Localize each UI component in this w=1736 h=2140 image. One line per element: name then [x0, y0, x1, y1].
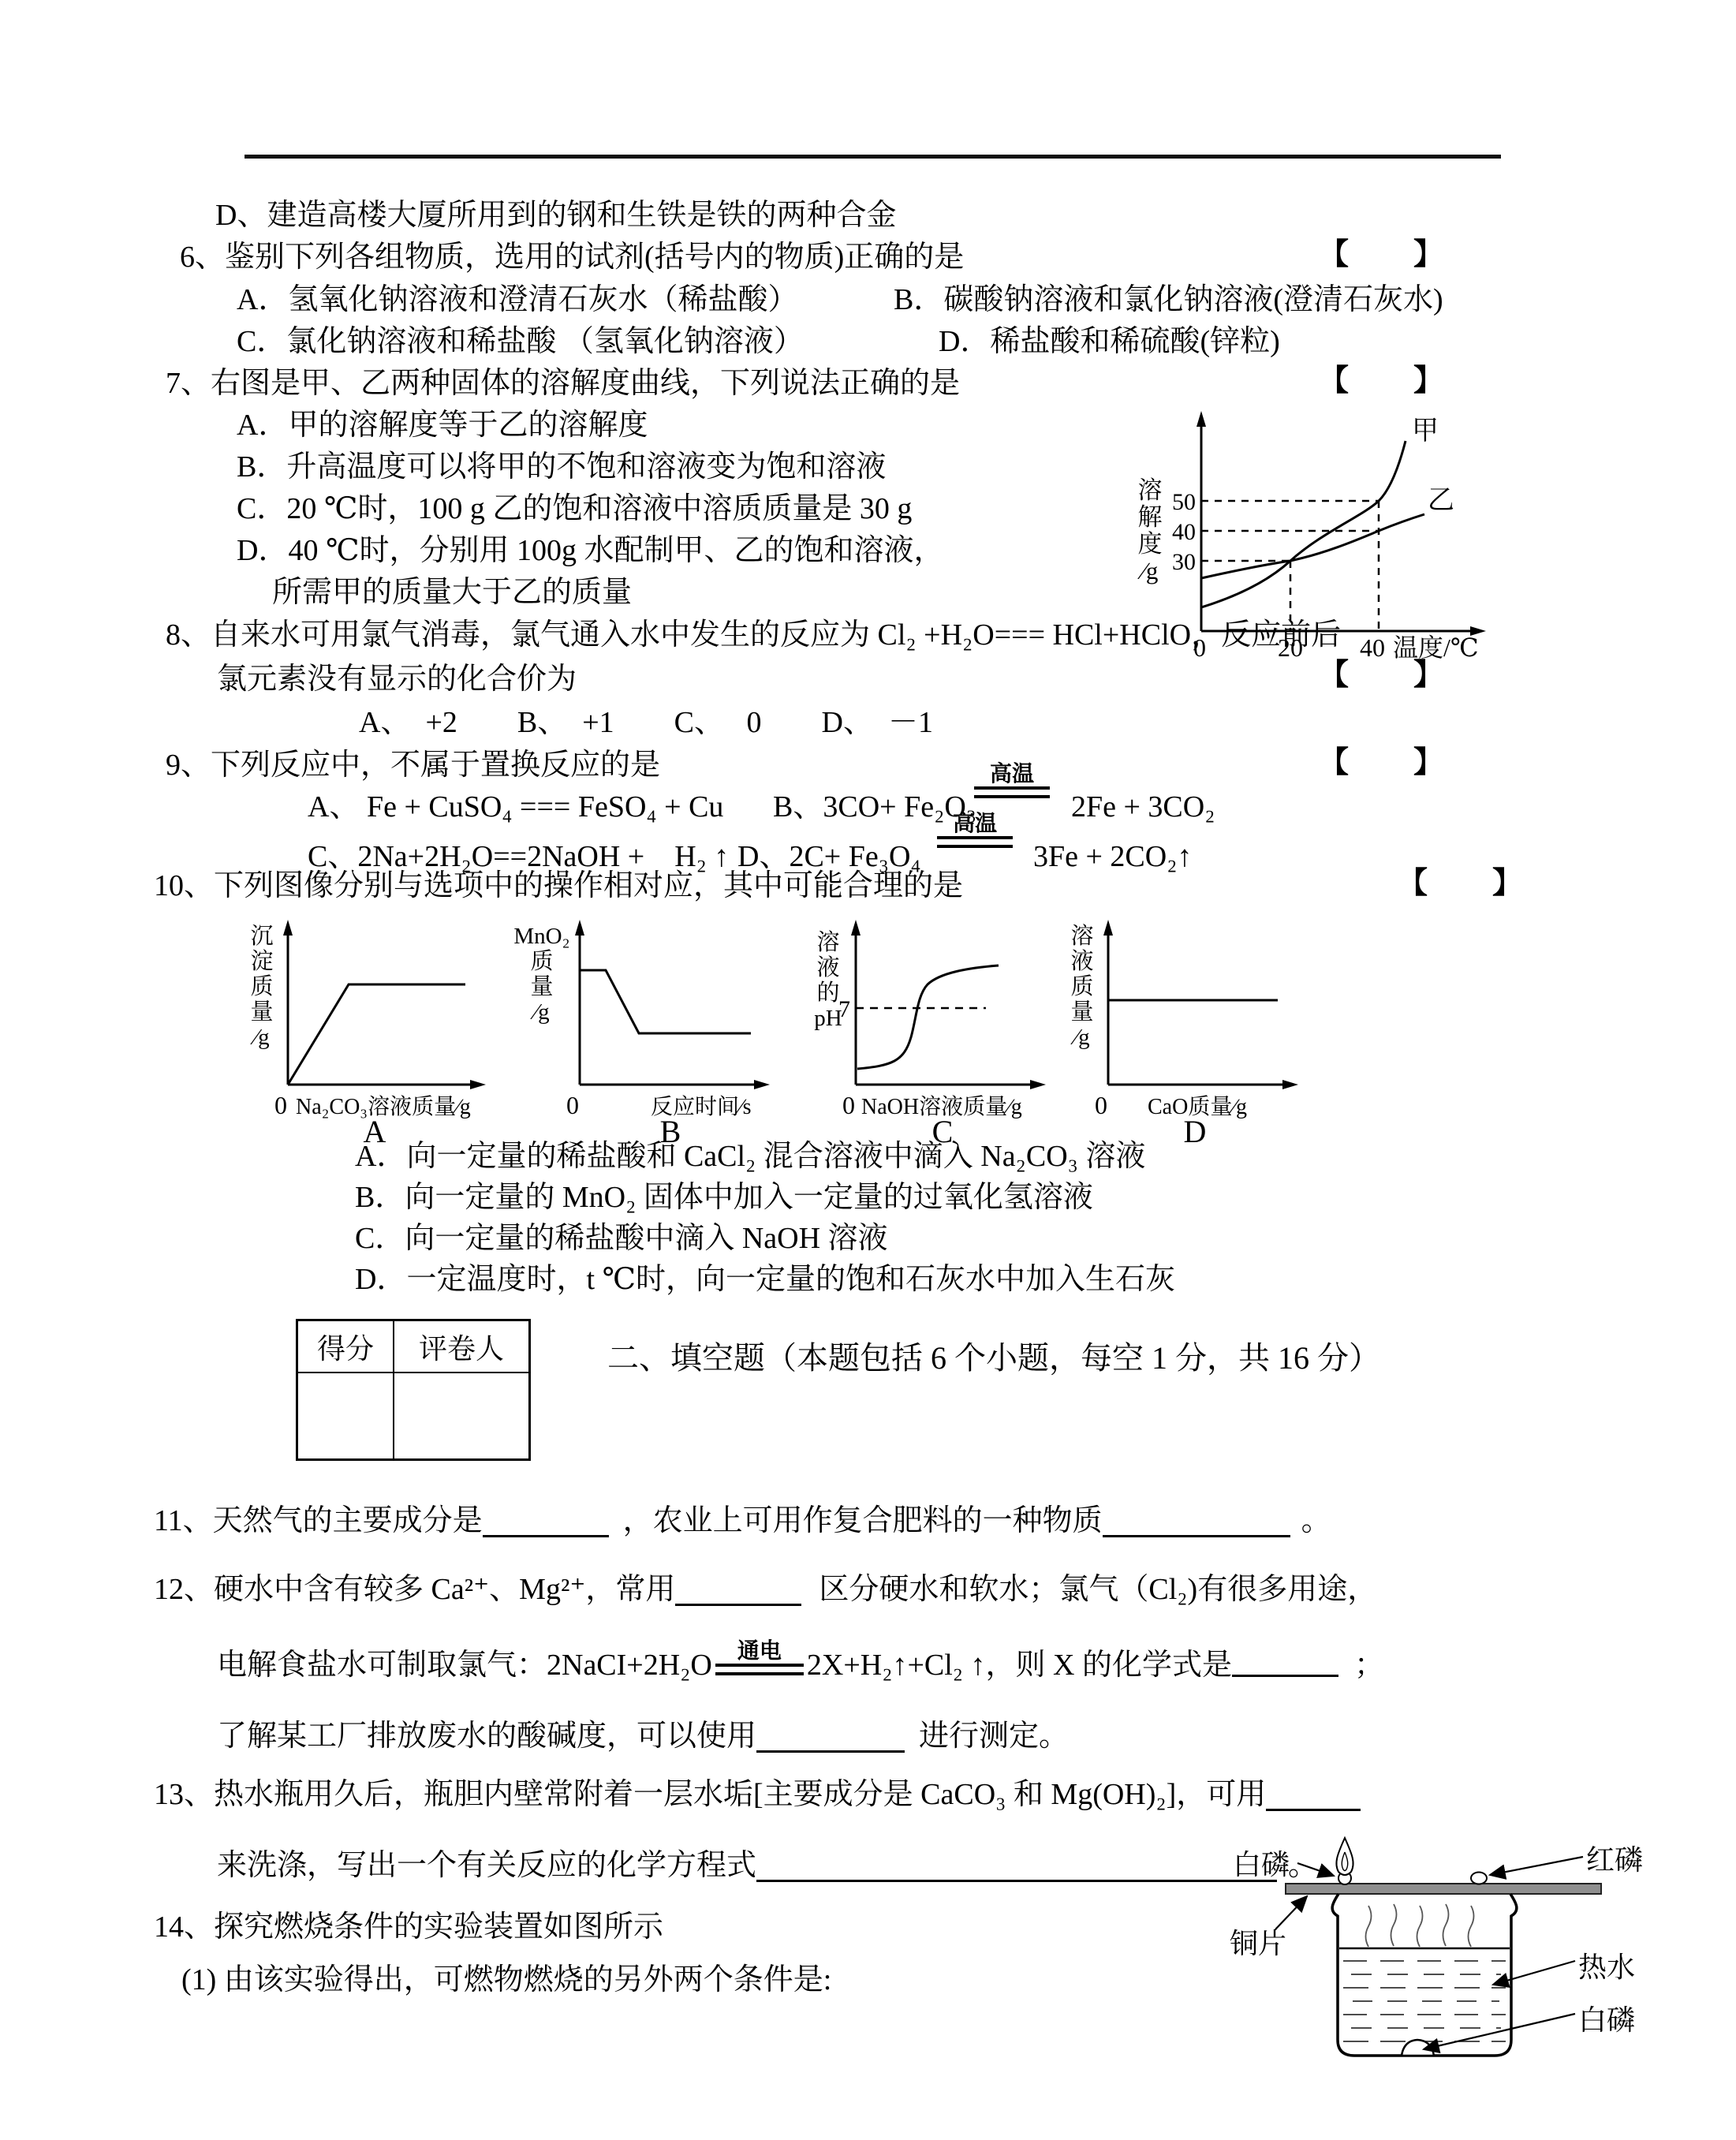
- graph-letter: D: [1184, 1114, 1207, 1144]
- q9-option-b-products: 2Fe + 3CO₂: [1071, 789, 1215, 827]
- q10-option-d: D．一定温度时，t ℃时，向一定量的饱和石灰水中加入生石灰: [355, 1261, 1175, 1299]
- q10-graph-b: 0 反应时间∕s B MnO₂ 质 量 ∕g: [505, 907, 789, 1144]
- q12-text-3b: 进行测定。: [919, 1720, 1069, 1753]
- q14-sub1: (1) 由该实验得出，可燃物燃烧的另外两个条件是:: [181, 1962, 831, 2000]
- q10-graph-c: 7 0 NaOH溶液质量∕g C 溶 液 的 pH: [789, 907, 1057, 1144]
- q11-text-1: 11、天然气的主要成分是: [154, 1504, 483, 1537]
- q12-line1: 12、硬水中含有较多 Ca²⁺、Mg²⁺，常用区分硬水和软水；氯气（Cl₂)有很…: [154, 1571, 1377, 1609]
- q10-stem: 10、下列图像分别与选项中的操作相对应，其中可能合理的是: [154, 868, 963, 906]
- top-rule: [245, 155, 1501, 159]
- q13-line2: 来洗涤，写出一个有关反应的化学方程式。: [217, 1847, 1318, 1885]
- x-axis-arrow: [1282, 1080, 1298, 1089]
- curve-yi-label: 乙: [1428, 486, 1454, 515]
- q13-blank-2: [756, 1872, 1277, 1882]
- y-axis-arrow: [575, 920, 584, 936]
- exam-page: D、建造高楼大厦所用到的钢和生铁是铁的两种合金 6、鉴别下列各组物质，选用的试剂…: [0, 0, 1736, 2140]
- y-axis-arrow: [283, 920, 293, 936]
- q9-option-b-condition-block: 高温: [974, 762, 1050, 798]
- q13-blank-1: [1266, 1801, 1361, 1811]
- label-hot-water: 热水: [1578, 1945, 1635, 1985]
- q10-answer-bracket: 【 】: [1398, 865, 1524, 903]
- label-white-phosphorus-top: 白磷: [1233, 1843, 1290, 1883]
- curve: [857, 965, 999, 1069]
- q12-line2: 电解食盐水可制取氯气：2NaCI+2H₂O 通电 2X+H₂↑+Cl₂ ↑，则 …: [217, 1614, 1384, 1683]
- q13-line1: 13、热水瓶用久后，瓶胆内壁常附着一层水垢[主要成分是 CaCO₃ 和 Mg(O…: [154, 1776, 1361, 1814]
- q7-answer-bracket: 【 】: [1319, 363, 1445, 401]
- q7-stem: 7、右图是甲、乙两种固体的溶解度曲线，下列说法正确的是: [166, 365, 960, 403]
- curve: [580, 970, 751, 1033]
- label-red-phosphorus: 红磷: [1586, 1838, 1643, 1878]
- leader-red-phosphorus: [1490, 1857, 1583, 1875]
- y-axis-arrow: [1197, 411, 1206, 427]
- q8-answer-bracket: 【 】: [1319, 657, 1445, 695]
- ytick-50: 50: [1172, 489, 1196, 515]
- double-equals-line: [937, 836, 1013, 848]
- leader-hot-water: [1493, 1961, 1575, 1985]
- q8-stem-line1: 8、自来水可用氯气消毒，氯气通入水中发生的反应为 Cl₂ +H₂O=== HCl…: [166, 617, 1341, 655]
- water-hatching: [1343, 1961, 1506, 2041]
- red-phosphorus-on-sheet: [1471, 1873, 1487, 1884]
- origin-zero: 0: [274, 1091, 287, 1119]
- curve: [288, 984, 465, 1085]
- q8-stem-line2: 氯元素没有显示的化合价为: [217, 661, 577, 699]
- copper-sheet: [1286, 1884, 1601, 1894]
- y-axis-label: 沉 淀 质 量 ∕g: [248, 924, 276, 1050]
- reaction-condition: 高温: [990, 762, 1034, 785]
- q9-stem: 9、下列反应中，不属于置换反应的是: [166, 747, 660, 785]
- q9-option-a: A、 Fe + CuSO₄ === FeSO₄ + Cu: [308, 789, 723, 827]
- q9-option-d-condition-block: 高温: [937, 812, 1013, 848]
- y-axis-label: 溶 液 的 pH: [812, 931, 844, 1032]
- score-table: 得分 评卷人: [296, 1319, 531, 1461]
- q14-stem: 14、探究燃烧条件的实验装置如图所示: [154, 1909, 663, 1947]
- q12-blank-2: [1232, 1667, 1338, 1677]
- y-axis-label: 溶 液 质 量 ∕g: [1068, 924, 1096, 1050]
- grader-header: 评卷人: [394, 1320, 530, 1373]
- q9-answer-bracket: 【 】: [1319, 745, 1445, 782]
- leader-white-phosphorus-bottom: [1424, 2014, 1575, 2049]
- q12-text-2b: 2X+H₂↑+Cl₂ ↑，则 X 的化学式是: [807, 1640, 1232, 1683]
- y-axis-arrow: [851, 920, 861, 936]
- curve-yi: [1201, 514, 1424, 578]
- q10-option-c: C．向一定量的稀盐酸中滴入 NaOH 溶液: [355, 1220, 888, 1258]
- q6-option-c: C．氯化钠溶液和稀盐酸 （氢氧化钠溶液）: [237, 323, 804, 361]
- q6-option-a: A．氢氧化钠溶液和澄清石灰水（稀盐酸）: [237, 282, 797, 319]
- double-equals-line: [974, 786, 1050, 798]
- ytick-30: 30: [1172, 549, 1196, 575]
- leader-white-phosphorus-top: [1297, 1863, 1334, 1876]
- x-axis-arrow: [754, 1080, 770, 1089]
- origin-zero: 0: [566, 1091, 579, 1119]
- q10-graph-a: 0 Na₂CO₃溶液质量∕g A 沉 淀 质 量 ∕g: [221, 907, 505, 1144]
- q6-option-b: B．碳酸钠溶液和氯化钠溶液(澄清石灰水): [894, 282, 1443, 319]
- q12-blank-1: [675, 1596, 801, 1606]
- reaction-condition: 通电: [737, 1639, 782, 1662]
- q6-option-d: D．稀盐酸和稀硫酸(锌粒): [939, 323, 1280, 361]
- y-axis-label: MnO₂ 质 量 ∕g: [508, 924, 576, 1025]
- q12-text-1a: 12、硬水中含有较多 Ca²⁺、Mg²⁺，常用: [154, 1573, 675, 1606]
- reaction-condition: 高温: [953, 812, 997, 835]
- q10-option-a: A．向一定量的稀盐酸和 CaCl₂ 混合溶液中滴入 Na₂CO₃ 溶液: [355, 1138, 1145, 1176]
- y-axis-label: 溶 解 度 ∕g: [1134, 477, 1166, 584]
- q11-line: 11、天然气的主要成分是，农业上可用作复合肥料的一种物质。: [154, 1503, 1331, 1541]
- double-equals-line: [715, 1664, 804, 1675]
- q13-text-2a: 来洗涤，写出一个有关反应的化学方程式: [217, 1849, 756, 1882]
- x-axis-label: 温度/℃: [1393, 633, 1479, 659]
- q11-blank-2: [1103, 1527, 1290, 1537]
- q11-blank-1: [483, 1527, 609, 1537]
- q6-stem: 6、鉴别下列各组物质，选用的试剂(括号内的物质)正确的是: [180, 239, 964, 277]
- q7-option-d-line1: D．40 ℃时，分别用 100g 水配制甲、乙的饱和溶液，: [237, 532, 943, 570]
- q11-text-3: 。: [1301, 1504, 1331, 1537]
- q7-option-d-line2: 所需甲的质量大于乙的质量: [272, 574, 632, 612]
- q12-blank-3: [756, 1742, 905, 1753]
- flame: [1336, 1838, 1353, 1875]
- curve-jia: [1201, 441, 1406, 607]
- q5-option-d: D、建造高楼大厦所用到的钢和生铁是铁的两种合金: [215, 197, 896, 235]
- q10-graph-d: 0 CaO质量∕g D 溶 液 质 量 ∕g: [1041, 907, 1309, 1144]
- curve-jia-label: 甲: [1412, 416, 1439, 446]
- grader-cell-empty: [394, 1373, 530, 1460]
- score-cell-empty: [297, 1373, 394, 1460]
- q12-text-2a: 电解食盐水可制取氯气：2NaCI+2H₂O: [217, 1640, 712, 1683]
- q7-option-b: B．升高温度可以将甲的不饱和溶液变为饱和溶液: [237, 449, 886, 487]
- label-white-phosphorus-bottom: 白磷: [1578, 1998, 1635, 2038]
- q12-text-2c: ；: [1354, 1640, 1384, 1683]
- origin-zero: 0: [1095, 1091, 1107, 1119]
- score-header: 得分: [297, 1320, 394, 1373]
- q7-option-c: C．20 ℃时，100 g 乙的饱和溶液中溶质质量是 30 g: [237, 491, 912, 528]
- q10-option-b: B．向一定量的 MnO₂ 固体中加入一定量的过氧化氢溶液: [355, 1179, 1093, 1217]
- q12-text-1b: 区分硬水和软水；氯气（Cl₂)有很多用途，: [819, 1573, 1377, 1606]
- q13-text-1a: 13、热水瓶用久后，瓶胆内壁常附着一层水垢[主要成分是 CaCO₃ 和 Mg(O…: [154, 1778, 1266, 1811]
- x-axis-arrow: [470, 1080, 486, 1089]
- y-axis-arrow: [1103, 920, 1113, 936]
- q12-condition-block: 通电: [715, 1639, 804, 1675]
- combustion-apparatus-figure: 白磷 红磷 铜片 热水 白磷: [1219, 1828, 1708, 2097]
- label-copper-sheet: 铜片: [1230, 1922, 1286, 1962]
- origin-zero: 0: [842, 1091, 855, 1119]
- q9-option-d-products: 3Fe + 2CO₂↑: [1033, 838, 1192, 876]
- q8-options: A、 +2 B、 +1 C、 0 D、 －1: [359, 704, 933, 742]
- q11-text-2: ，农业上可用作复合肥料的一种物质: [623, 1504, 1103, 1537]
- q6-answer-bracket: 【 】: [1319, 237, 1445, 275]
- q7-option-a: A．甲的溶解度等于乙的溶解度: [237, 407, 648, 445]
- ytick-40: 40: [1172, 519, 1196, 545]
- section2-title: 二、填空题（本题包括 6 个小题，每空 1 分，共 16 分）: [607, 1339, 1380, 1378]
- steam-lines: [1366, 1904, 1474, 1947]
- q12-text-3a: 了解某工厂排放废水的酸碱度，可以使用: [217, 1720, 756, 1753]
- q12-line3: 了解某工厂排放废水的酸碱度，可以使用进行测定。: [217, 1718, 1069, 1756]
- xtick-40: 40: [1360, 633, 1385, 659]
